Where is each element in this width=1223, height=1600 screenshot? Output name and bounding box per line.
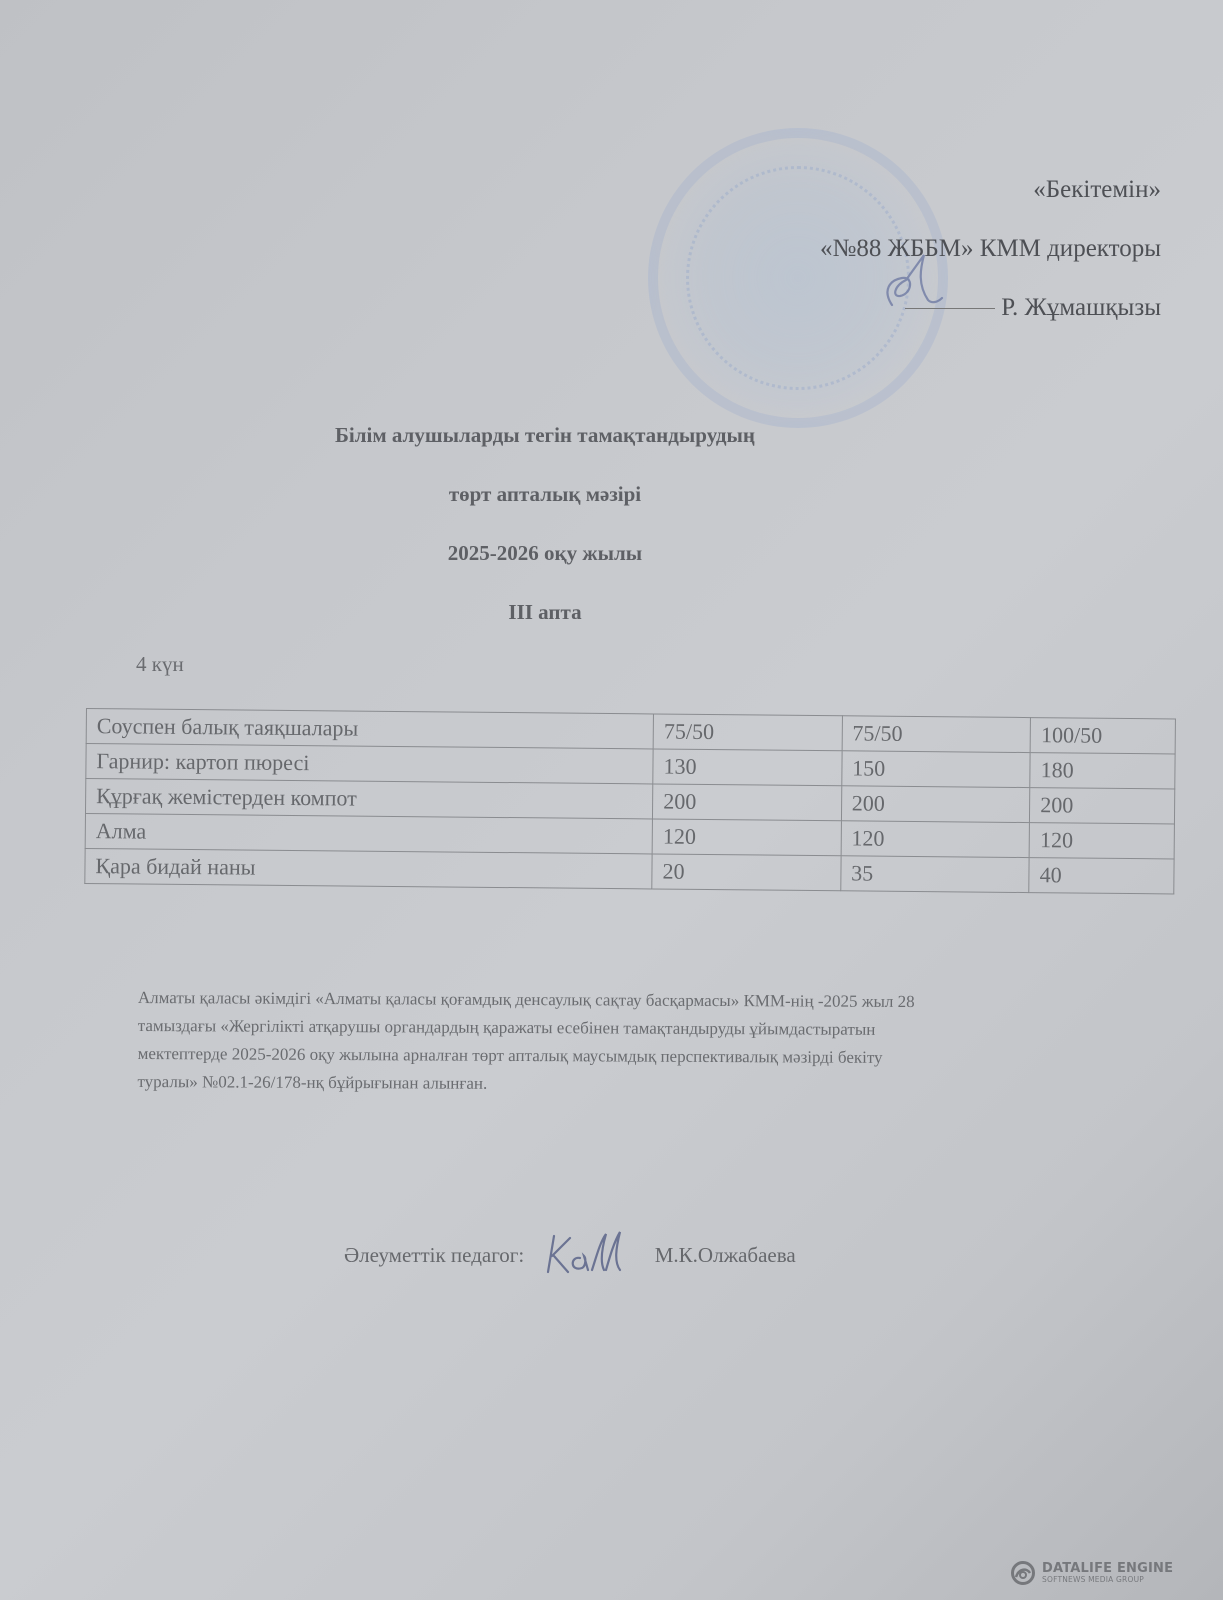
portion-cell-3: 40 [1029, 858, 1174, 894]
portion-cell-2: 35 [840, 856, 1029, 893]
dish-cell: Соуспен балық таяқшалары [86, 709, 653, 749]
portion-cell-1: 120 [652, 819, 841, 856]
datalife-watermark[interactable]: DATALIFE ENGINE SOFTNEWS MEDIA GROUP [1010, 1560, 1173, 1586]
dish-cell: Гарнир: картоп пюресі [86, 744, 653, 784]
menu-table-body: Соуспен балық таяқшалары75/5075/50100/50… [85, 709, 1176, 894]
day-label: 4 күн [136, 652, 184, 677]
portion-cell-1: 75/50 [653, 714, 842, 751]
title-line-4: III апта [0, 597, 1090, 656]
approval-block: «Бекітемін» «№88 ЖББМ» КММ директоры Р. … [820, 160, 1161, 337]
portion-cell-2: 200 [841, 786, 1030, 823]
watermark-subtitle: SOFTNEWS MEDIA GROUP [1042, 1576, 1173, 1584]
portion-cell-1: 130 [653, 749, 842, 786]
portion-cell-1: 20 [652, 854, 841, 891]
signature-underline [905, 308, 995, 309]
teacher-signature-icon [540, 1228, 630, 1276]
source-note-line-4: туралы» №02.1-26/178-нқ бұйрығынан алынғ… [137, 1068, 1137, 1101]
menu-table: Соуспен балық таяқшалары75/5075/50100/50… [84, 708, 1176, 894]
portion-cell-3: 100/50 [1030, 718, 1175, 754]
portion-cell-2: 75/50 [842, 716, 1031, 753]
portion-cell-3: 200 [1030, 788, 1175, 824]
approval-heading: «Бекітемін» [820, 160, 1161, 219]
dish-cell: Қара бидай наны [85, 848, 652, 888]
source-note: Алматы қаласы әкімдігі «Алматы қаласы қо… [137, 984, 1138, 1101]
approval-position: «№88 ЖББМ» КММ директоры [820, 219, 1161, 278]
approval-signatory: Р. Жұмашқызы [1001, 294, 1161, 321]
portion-cell-3: 120 [1029, 823, 1174, 859]
dish-cell: Алма [85, 813, 652, 853]
document-title: Білім алушыларды тегін тамақтандырудың т… [0, 420, 1090, 656]
title-line-2: төрт апталық мәзірі [0, 479, 1090, 538]
datalife-logo-icon [1010, 1560, 1036, 1586]
signature-name: М.К.Олжабаева [655, 1243, 796, 1267]
signature-role: Әлеуметтік педагог: [344, 1243, 524, 1267]
portion-cell-2: 150 [841, 751, 1030, 788]
title-line-1: Білім алушыларды тегін тамақтандырудың [0, 420, 1090, 479]
portion-cell-3: 180 [1030, 753, 1175, 789]
dish-cell: Құрғақ жемістерден компот [85, 779, 652, 819]
portion-cell-2: 120 [841, 821, 1030, 858]
watermark-title: DATALIFE ENGINE [1042, 1562, 1173, 1575]
document-page: «Бекітемін» «№88 ЖББМ» КММ директоры Р. … [0, 0, 1223, 1600]
title-line-3: 2025-2026 оқу жылы [0, 538, 1090, 597]
portion-cell-1: 200 [653, 784, 842, 821]
signature-row: Әлеуметтік педагог: М.К.Олжабаева [344, 1228, 796, 1276]
approval-signatory-line: Р. Жұмашқызы [820, 278, 1161, 337]
